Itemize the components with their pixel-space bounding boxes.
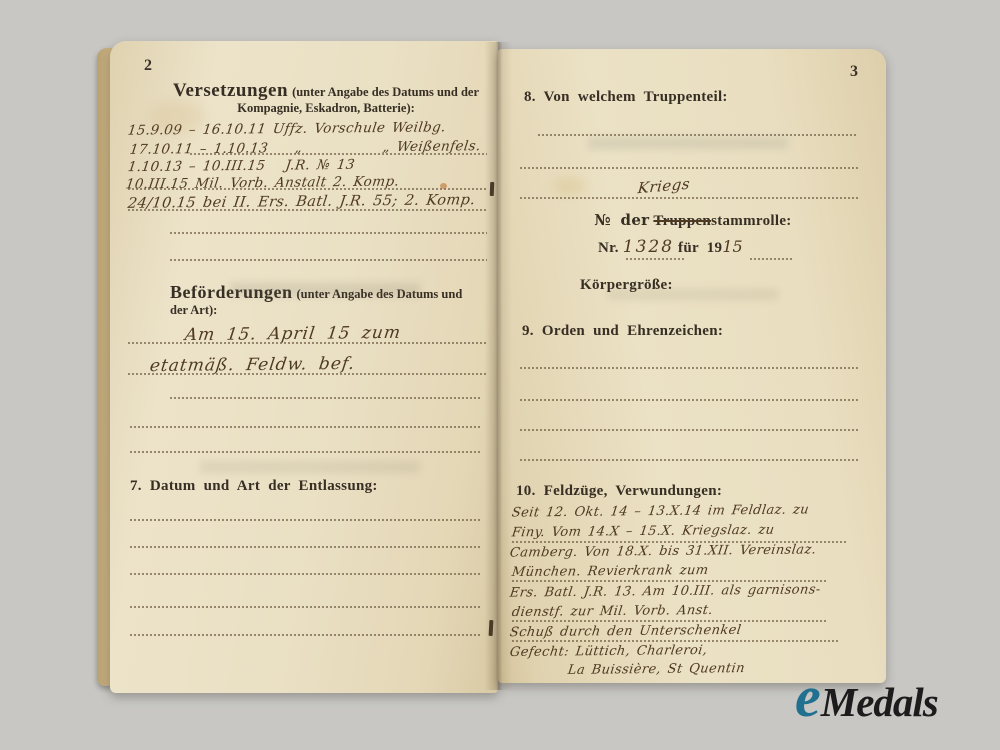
paper-stain xyxy=(553,177,585,195)
kriegs-correction: Kriegs xyxy=(637,175,691,197)
dotted-rule xyxy=(130,606,482,608)
befoerderungen-heading: Beförderungen (unter Angabe des Datums u… xyxy=(170,284,482,318)
dotted-rule xyxy=(626,258,684,260)
feldzuege-entry: La Buissière, St Quentin xyxy=(567,661,746,678)
truppenteil-heading: 8. Von welchem Truppenteil: xyxy=(524,89,728,106)
dotted-rule xyxy=(130,546,482,548)
dotted-rule xyxy=(538,134,858,136)
dotted-rule xyxy=(520,167,858,169)
dotted-rule xyxy=(130,573,482,575)
nr-label: Nr. xyxy=(598,240,619,256)
feldzuege-heading: 10. Feldzüge, Verwundungen: xyxy=(516,483,722,500)
dotted-rule xyxy=(128,188,487,190)
dotted-rule xyxy=(130,451,482,453)
feldzuege-entry: Gefecht: Lüttich, Charleroi, xyxy=(509,643,708,660)
emedals-logo-text: Medals xyxy=(821,682,938,723)
dotted-rule xyxy=(170,397,482,399)
feldzuege-entry: Seit 12. Okt. 14 – 13.X.14 im Feldlaz. z… xyxy=(511,502,810,520)
dotted-rule xyxy=(520,399,858,401)
dotted-rule xyxy=(190,153,487,155)
page-number-left: 2 xyxy=(144,57,152,75)
nr-value-handwritten: 1328 xyxy=(623,237,674,257)
versetzungen-heading: Versetzungen (unter Angabe des Datums un… xyxy=(160,83,492,116)
stammrolle-prefix: № der xyxy=(594,211,649,229)
staple xyxy=(489,620,494,636)
feldzuege-entry: Finy. Vom 14.X – 15.X. Kriegslaz. zu xyxy=(511,523,776,541)
befoerderungen-title: Beförderungen xyxy=(170,282,293,302)
page-number-right: 3 xyxy=(850,63,858,81)
feldzuege-entry: Ers. Batl. J.R. 13. Am 10.III. als garni… xyxy=(509,582,822,600)
dotted-rule xyxy=(520,429,858,431)
dotted-rule xyxy=(520,197,858,199)
stammrolle-struck-word: Truppen xyxy=(653,213,711,229)
orden-heading: 9. Orden und Ehrenzeichen: xyxy=(522,323,723,340)
stammrolle-suffix: stammrolle: xyxy=(711,213,792,229)
dotted-rule xyxy=(750,258,792,260)
dotted-rule xyxy=(512,580,828,582)
dotted-rule xyxy=(520,367,858,369)
dotted-rule xyxy=(512,640,838,642)
versetzungen-title: Versetzungen xyxy=(173,80,288,101)
entlassung-heading: 7. Datum und Art der Entlassung: xyxy=(130,478,378,495)
dotted-rule xyxy=(128,373,487,375)
feldzuege-entry: Schuß durch den Unterschenkel xyxy=(509,623,742,640)
dotted-rule xyxy=(128,209,487,211)
emedals-watermark: eMedals xyxy=(795,668,938,726)
staple xyxy=(490,182,494,196)
emedals-logo-e: e xyxy=(795,668,821,726)
versetzungen-entry: 1.10.13 – 10.III.15 J.R. № 13 xyxy=(127,157,356,175)
bleed-through xyxy=(200,461,420,473)
dotted-rule xyxy=(130,426,482,428)
feldzuege-entry: dienstf. zur Mil. Vorb. Anst. xyxy=(511,603,714,620)
dotted-rule xyxy=(170,259,487,261)
stammrolle-line: № der Truppenstammrolle: xyxy=(558,211,828,230)
koerpergroesse-heading: Körpergröße: xyxy=(580,277,673,294)
dotted-rule xyxy=(130,634,482,636)
right-page: 3 8. Von welchem Truppenteil: Kriegs № d… xyxy=(498,49,886,683)
dotted-rule xyxy=(130,519,482,521)
fuer-label: für 19 xyxy=(678,240,722,256)
dotted-rule xyxy=(170,232,487,234)
stammrolle-number-line: Nr. 1328 für 1915 xyxy=(598,237,743,257)
versetzungen-entry: 15.9.09 – 16.10.11 Uffz. Vorschule Weilb… xyxy=(127,119,447,138)
left-page: 2 Versetzungen (unter Angabe des Datums … xyxy=(110,41,498,693)
year-value-handwritten: 15 xyxy=(722,237,742,256)
bleed-through xyxy=(588,137,788,149)
feldzuege-entry: München. Revierkrank zum xyxy=(511,563,710,580)
dotted-rule xyxy=(512,620,828,622)
dotted-rule xyxy=(520,459,858,461)
feldzuege-entry: Camberg. Von 18.X. bis 31.XII. Vereinsla… xyxy=(509,542,817,560)
dotted-rule xyxy=(128,342,487,344)
